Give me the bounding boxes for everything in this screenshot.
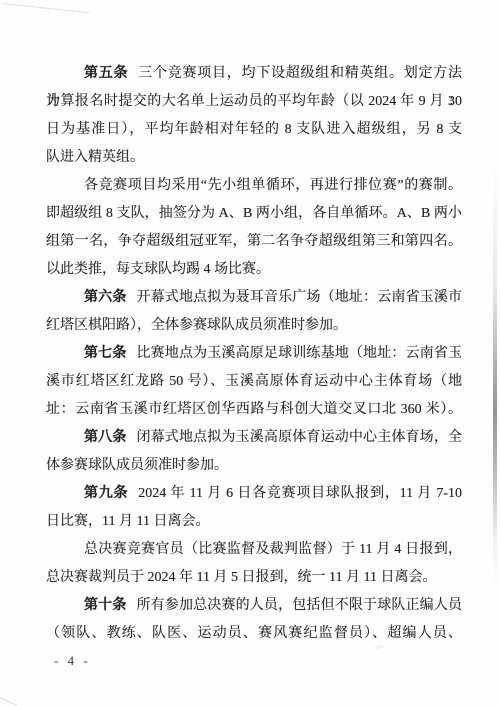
doc-line: 第五条三个竞赛项目，均下设超级组和精英组。划定方法为： xyxy=(46,60,462,88)
doc-line: 体参赛球队成员须准时参加。 xyxy=(46,452,462,480)
doc-line: 第九条2024 年 11 月 6 日各竞赛项目球队报到，11 月 7-10 xyxy=(46,480,462,508)
article-5-heading: 第五条 xyxy=(84,66,128,81)
doc-line: 第六条开幕式地点拟为聂耳音乐广场（地址：云南省玉溪市 xyxy=(46,284,462,312)
article-10-heading: 第十条 xyxy=(84,598,126,613)
doc-line: 组第一名，争夺超级组冠亚军，第二名争夺超级组第三和第四名。 xyxy=(46,228,462,256)
doc-line: 第十条所有参加总决赛的人员，包括但不限于球队正编人员 xyxy=(46,592,462,620)
doc-line: 总决赛裁判员于 2024 年 11 月 5 日报到，统一 11 月 11 日离会… xyxy=(46,564,462,592)
doc-line-text: 组第一名，争夺超级组冠亚军，第二名争夺超级组第三和第四名。 xyxy=(46,234,462,249)
doc-line-text: 开幕式地点拟为聂耳音乐广场（地址：云南省玉溪市 xyxy=(136,290,462,305)
doc-line: 队进入精英组。 xyxy=(46,144,462,172)
doc-line-text: 2024 年 11 月 6 日各竞赛项目球队报到，11 月 7-10 xyxy=(138,486,462,501)
doc-line: 总决赛竞赛官员（比赛监督及裁判监督）于 11 月 4 日报到， xyxy=(46,536,462,564)
doc-line: （领队、教练、队医、运动员、赛风赛纪监督员）、超编人员、 xyxy=(46,620,462,648)
doc-line-text: 比赛地点为玉溪高原足球训练基地（地址：云南省玉 xyxy=(136,346,462,361)
doc-line: 计算报名时提交的大名单上运动员的平均年龄（以 2024 年 9 月 30 xyxy=(46,88,462,116)
scan-artifact-top-left xyxy=(2,3,90,13)
article-6-heading: 第六条 xyxy=(84,290,126,305)
document-text-body: 第五条三个竞赛项目，均下设超级组和精英组。划定方法为： 计算报名时提交的大名单上… xyxy=(46,60,462,648)
scan-artifact-bottom-left xyxy=(0,694,25,706)
doc-line-text: 日为基准日），平均年龄相对年轻的 8 支队进入超级组，另 8 支 xyxy=(46,122,462,137)
doc-line-text: 所有参加总决赛的人员，包括但不限于球队正编人员 xyxy=(136,598,462,613)
doc-line-text: 溪市红塔区红龙路 50 号）、玉溪高原体育运动中心主体育场（地 xyxy=(46,374,462,389)
doc-line: 第八条闭幕式地点拟为玉溪高原体育运动中心主体育场，全 xyxy=(46,424,462,452)
page-number: - 4 - xyxy=(54,653,91,669)
doc-line-text: 红塔区棋阳路），全体参赛球队成员须准时参加。 xyxy=(46,318,347,333)
doc-line-text: 日比赛，11 月 11 日离会。 xyxy=(46,514,209,529)
doc-line: 溪市红塔区红龙路 50 号）、玉溪高原体育运动中心主体育场（地 xyxy=(46,368,462,396)
doc-line-text: 体参赛球队成员须准时参加。 xyxy=(46,458,228,473)
doc-line-text: （领队、教练、队医、运动员、赛风赛纪监督员）、超编人员、 xyxy=(46,626,462,641)
doc-line-text: 计算报名时提交的大名单上运动员的平均年龄（以 2024 年 9 月 30 xyxy=(46,94,462,109)
doc-line: 即超级组 8 支队，抽签分为 A、B 两小组，各自单循环。A、B 两小 xyxy=(46,200,462,228)
article-8-heading: 第八条 xyxy=(84,430,126,445)
doc-line-text: 总决赛裁判员于 2024 年 11 月 5 日报到，统一 11 月 11 日离会… xyxy=(46,570,436,585)
doc-line: 各竞赛项目均采用“先小组单循环，再进行排位赛”的赛制。 xyxy=(46,172,462,200)
article-9-heading: 第九条 xyxy=(84,486,128,501)
doc-line-text: 各竞赛项目均采用“先小组单循环，再进行排位赛”的赛制。 xyxy=(84,178,462,193)
doc-line-text: 总决赛竞赛官员（比赛监督及裁判监督）于 11 月 4 日报到， xyxy=(84,542,462,557)
doc-line: 红塔区棋阳路），全体参赛球队成员须准时参加。 xyxy=(46,312,462,340)
doc-line-text: 闭幕式地点拟为玉溪高原体育运动中心主体育场，全 xyxy=(136,430,462,445)
doc-line-text: 即超级组 8 支队，抽签分为 A、B 两小组，各自单循环。A、B 两小 xyxy=(46,206,462,221)
doc-line-text: 队进入精英组。 xyxy=(46,150,144,165)
doc-line-text: 以此类推，每支球队均踢 4 场比赛。 xyxy=(46,262,270,277)
doc-line: 以此类推，每支球队均踢 4 场比赛。 xyxy=(46,256,462,284)
doc-line: 日比赛，11 月 11 日离会。 xyxy=(46,508,462,536)
doc-line-text: 址：云南省玉溪市红塔区创华西路与科创大道交叉口北 360 米）。 xyxy=(46,402,462,417)
article-7-heading: 第七条 xyxy=(84,346,126,361)
scan-artifact-smudge xyxy=(374,644,385,650)
scan-artifact-right-edge-shadow xyxy=(493,160,497,590)
scanned-document-page: 第五条三个竞赛项目，均下设超级组和精英组。划定方法为： 计算报名时提交的大名单上… xyxy=(0,0,500,706)
doc-line: 址：云南省玉溪市红塔区创华西路与科创大道交叉口北 360 米）。 xyxy=(46,396,462,424)
doc-line: 第七条比赛地点为玉溪高原足球训练基地（地址：云南省玉 xyxy=(46,340,462,368)
doc-line: 日为基准日），平均年龄相对年轻的 8 支队进入超级组，另 8 支 xyxy=(46,116,462,144)
